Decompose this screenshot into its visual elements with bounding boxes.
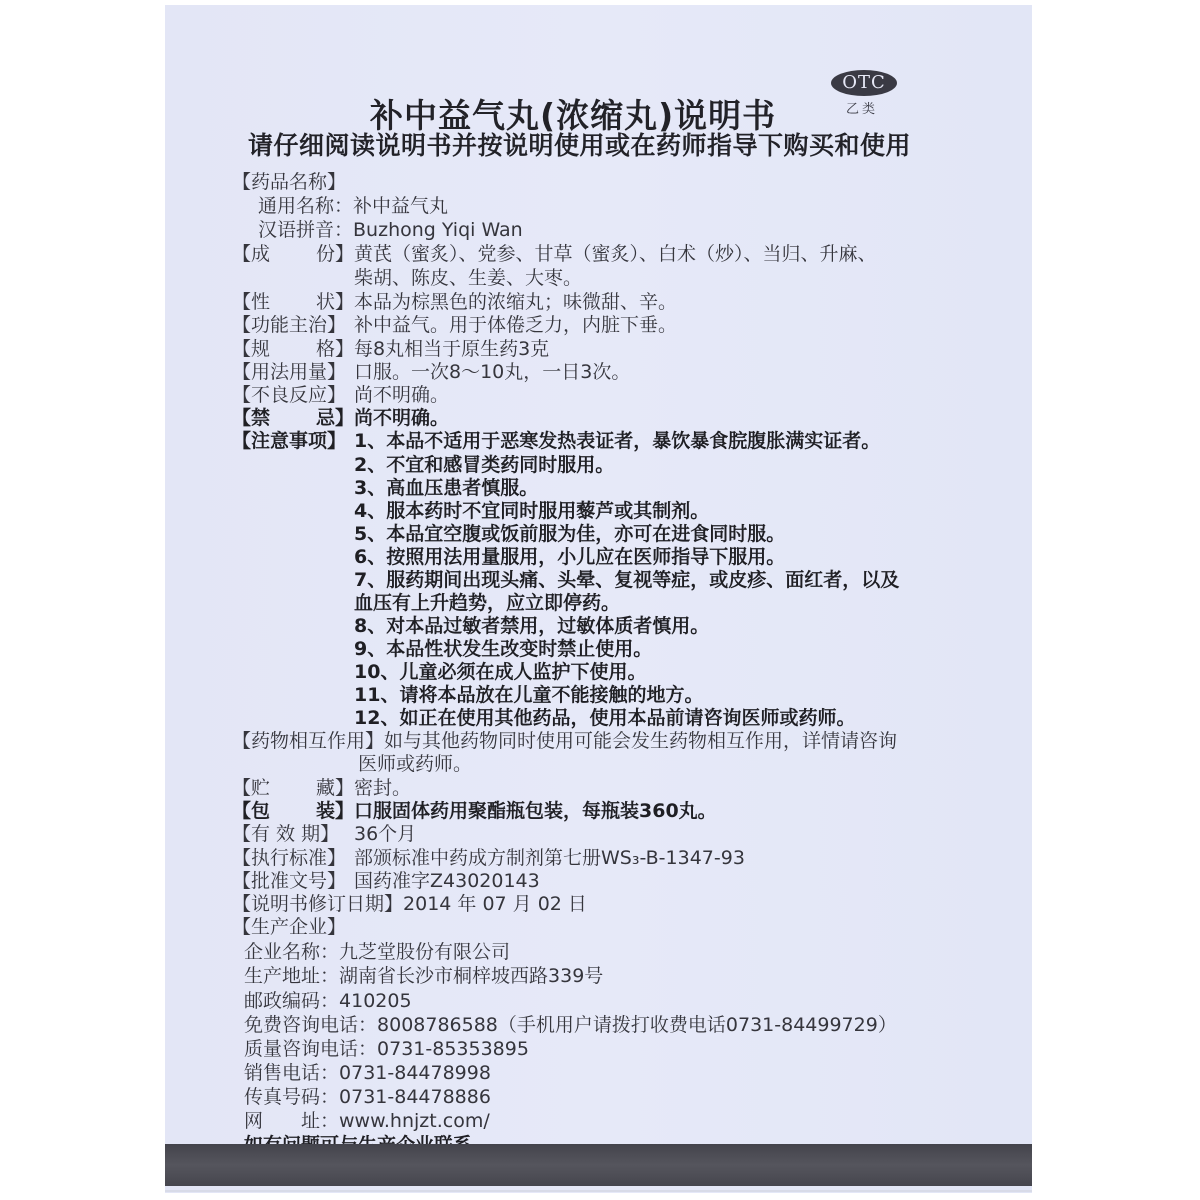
dosage-value: 口服。一次8～10丸，一日3次。 (354, 361, 630, 383)
generic-name-label: 通用名称： (258, 195, 353, 217)
precaution-item: 12、如正在使用其他药品，使用本品前请咨询医师或药师。 (354, 706, 855, 730)
validity-row: 【有 效 期】36个月 (232, 822, 416, 846)
generic-name-row: 通用名称：补中益气丸 (258, 194, 448, 218)
adverse-reactions-label: 【不良反应】 (232, 383, 354, 407)
precaution-item: 1、本品不适用于恶寒发热表证者，暴饮暴食脘腹胀满实证者。 (354, 429, 880, 453)
approval-value: 国药准字Z43020143 (354, 870, 540, 892)
document-subtitle: 请仔细阅读说明书并按说明使用或在药师指导下购买和使用 (248, 126, 911, 162)
precaution-item: 5、本品宜空腹或饭前服为佳，亦可在进食同时服。 (354, 522, 785, 546)
storage-label: 【贮藏】 (232, 776, 354, 800)
interactions-value-line2: 医师或药师。 (358, 752, 472, 776)
otc-badge: OTC (831, 70, 897, 96)
manufacturer-row: 传真号码：0731-84478886 (244, 1085, 491, 1109)
packaging-row: 【包装】口服固体药用聚酯瓶包装，每瓶装360丸。 (232, 799, 717, 823)
dosage-label: 【用法用量】 (232, 360, 354, 384)
manufacturer-row: 邮政编码：410205 (244, 989, 412, 1013)
standard-value: 部颁标准中药成方制剂第七册WS₃-B-1347-93 (354, 847, 745, 869)
precaution-item: 11、请将本品放在儿童不能接触的地方。 (354, 683, 703, 707)
storage-value: 密封。 (354, 777, 411, 799)
precaution-item: 3、高血压患者慎服。 (354, 476, 538, 500)
packaging-value: 口服固体药用聚酯瓶包装，每瓶装360丸。 (354, 800, 717, 822)
precautions-label: 【注意事项】 (232, 429, 346, 453)
packaging-label: 【包装】 (232, 799, 354, 823)
precaution-item: 8、对本品过敏者禁用，过敏体质者慎用。 (354, 614, 709, 638)
precaution-item: 4、服本药时不宜同时服用藜芦或其制剂。 (354, 499, 709, 523)
ingredients-value-line1: 黄芪（蜜炙）、党参、甘草（蜜炙）、白术（炒）、当归、升麻、 (354, 243, 877, 265)
bottom-edge-line (165, 1190, 1032, 1192)
specification-row: 【规格】每8丸相当于原生药3克 (232, 337, 549, 361)
properties-label: 【性状】 (232, 290, 354, 314)
pinyin-label: 汉语拼音： (258, 219, 353, 241)
ingredients-label: 【成份】 (232, 242, 354, 266)
indications-row: 【功能主治】补中益气。用于体倦乏力，内脏下垂。 (232, 313, 677, 337)
precaution-item: 6、按照用法用量服用，小儿应在医师指导下服用。 (354, 545, 785, 569)
specification-label: 【规格】 (232, 337, 354, 361)
contraindications-label: 【禁忌】 (232, 406, 354, 430)
precaution-item: 7、服药期间出现头痛、头晕、复视等症，或皮疹、面红者，以及 (354, 568, 899, 592)
interactions-value-line1: 如与其他药物同时使用可能会发生药物相互作用，详情请咨询 (384, 730, 897, 752)
precaution-item-continued: 血压有上升趋势，应立即停药。 (354, 591, 620, 615)
interactions-row: 【药物相互作用】如与其他药物同时使用可能会发生药物相互作用，详情请咨询 (232, 729, 897, 753)
validity-label: 【有 效 期】 (232, 822, 354, 846)
ingredients-value-line2: 柴胡、陈皮、生姜、大枣。 (354, 266, 582, 290)
indications-label: 【功能主治】 (232, 313, 354, 337)
manufacturer-row: 质量咨询电话：0731-85353895 (244, 1037, 529, 1061)
dosage-row: 【用法用量】口服。一次8～10丸，一日3次。 (232, 360, 630, 384)
approval-row: 【批准文号】国药准字Z43020143 (232, 869, 540, 893)
contraindications-row: 【禁忌】尚不明确。 (232, 406, 449, 430)
properties-value: 本品为棕黑色的浓缩丸；味微甜、辛。 (354, 291, 677, 313)
otc-class-label: 乙类 (846, 98, 878, 117)
section-drug-name-label: 【药品名称】 (232, 170, 346, 194)
approval-label: 【批准文号】 (232, 869, 354, 893)
revision-date-row: 【说明书修订日期】2014 年 07 月 02 日 (232, 892, 587, 916)
revision-date-label: 【说明书修订日期】 (232, 893, 403, 915)
generic-name-value: 补中益气丸 (353, 195, 448, 217)
properties-row: 【性状】本品为棕黑色的浓缩丸；味微甜、辛。 (232, 290, 677, 314)
interactions-label: 【药物相互作用】 (232, 730, 384, 752)
precaution-item: 9、本品性状发生改变时禁止使用。 (354, 637, 652, 661)
adverse-reactions-value: 尚不明确。 (354, 384, 449, 406)
otc-badge-text: OTC (842, 74, 886, 92)
revision-date-value: 2014 年 07 月 02 日 (403, 893, 587, 915)
precaution-item: 10、儿童必须在成人监护下使用。 (354, 660, 646, 684)
standard-label: 【执行标准】 (232, 846, 354, 870)
manufacturer-label: 【生产企业】 (232, 915, 346, 939)
contraindications-value: 尚不明确。 (354, 407, 449, 429)
manufacturer-row: 网 址：www.hnjzt.com/ (244, 1109, 490, 1133)
pinyin-row: 汉语拼音：Buzhong Yiqi Wan (258, 218, 523, 242)
adverse-reactions-row: 【不良反应】尚不明确。 (232, 383, 449, 407)
dark-bottom-band (165, 1144, 1032, 1186)
precaution-item: 2、不宜和感冒类药同时服用。 (354, 453, 614, 477)
manufacturer-row: 企业名称：九芝堂股份有限公司 (244, 940, 510, 964)
manufacturer-row: 免费咨询电话：8008786588（手机用户请拨打收费电话0731-844997… (244, 1013, 897, 1037)
ingredients-row: 【成份】黄芪（蜜炙）、党参、甘草（蜜炙）、白术（炒）、当归、升麻、 (232, 242, 877, 266)
manufacturer-row: 生产地址：湖南省长沙市桐梓坡西路339号 (244, 964, 603, 988)
validity-value: 36个月 (354, 823, 416, 845)
standard-row: 【执行标准】部颁标准中药成方制剂第七册WS₃-B-1347-93 (232, 846, 745, 870)
storage-row: 【贮藏】密封。 (232, 776, 411, 800)
indications-value: 补中益气。用于体倦乏力，内脏下垂。 (354, 314, 677, 336)
pinyin-value: Buzhong Yiqi Wan (353, 219, 523, 241)
specification-value: 每8丸相当于原生药3克 (354, 338, 549, 360)
manufacturer-row: 销售电话：0731-84478998 (244, 1061, 491, 1085)
